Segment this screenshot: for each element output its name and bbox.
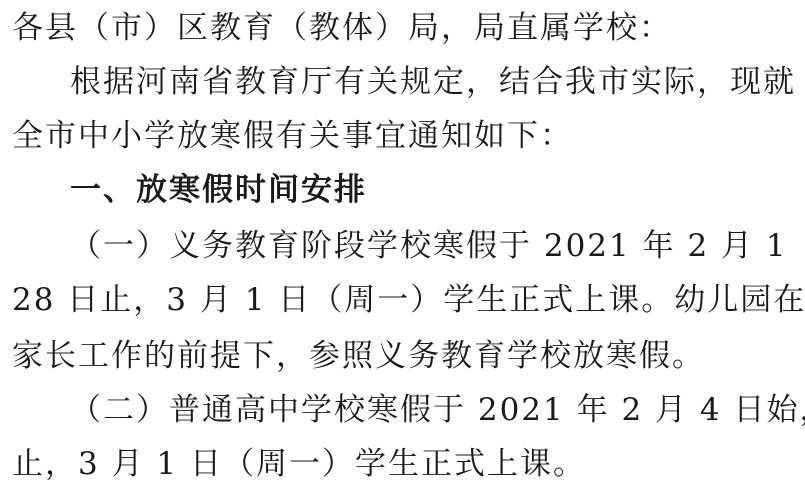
item-2-line-2: 止，3 月 1 日（周一）学生正式上课。 <box>12 444 586 484</box>
section-heading: 一、放寒假时间安排 <box>70 170 367 210</box>
item-1-line-1: （一）义务教育阶段学校寒假于 2021 年 2 月 1 日始，2 月 <box>70 226 805 266</box>
item-2-line-1: （二）普通高中学校寒假于 2021 年 2 月 4 日始，2 月 28 日 <box>70 390 805 430</box>
intro-paragraph-line-1: 根据河南省教育厅有关规定，结合我市实际，现就 2021 年 <box>70 62 805 102</box>
item-1-line-2: 28 日止，3 月 1 日（周一）学生正式上课。幼儿园在不影响幼儿 <box>12 280 805 320</box>
salutation: 各县（市）区教育（教体）局，局直属学校： <box>12 8 672 48</box>
intro-paragraph-line-2: 全市中小学放寒假有关事宜通知如下： <box>12 116 573 156</box>
item-1-line-3: 家长工作的前提下，参照义务教育学校放寒假。 <box>12 336 705 376</box>
